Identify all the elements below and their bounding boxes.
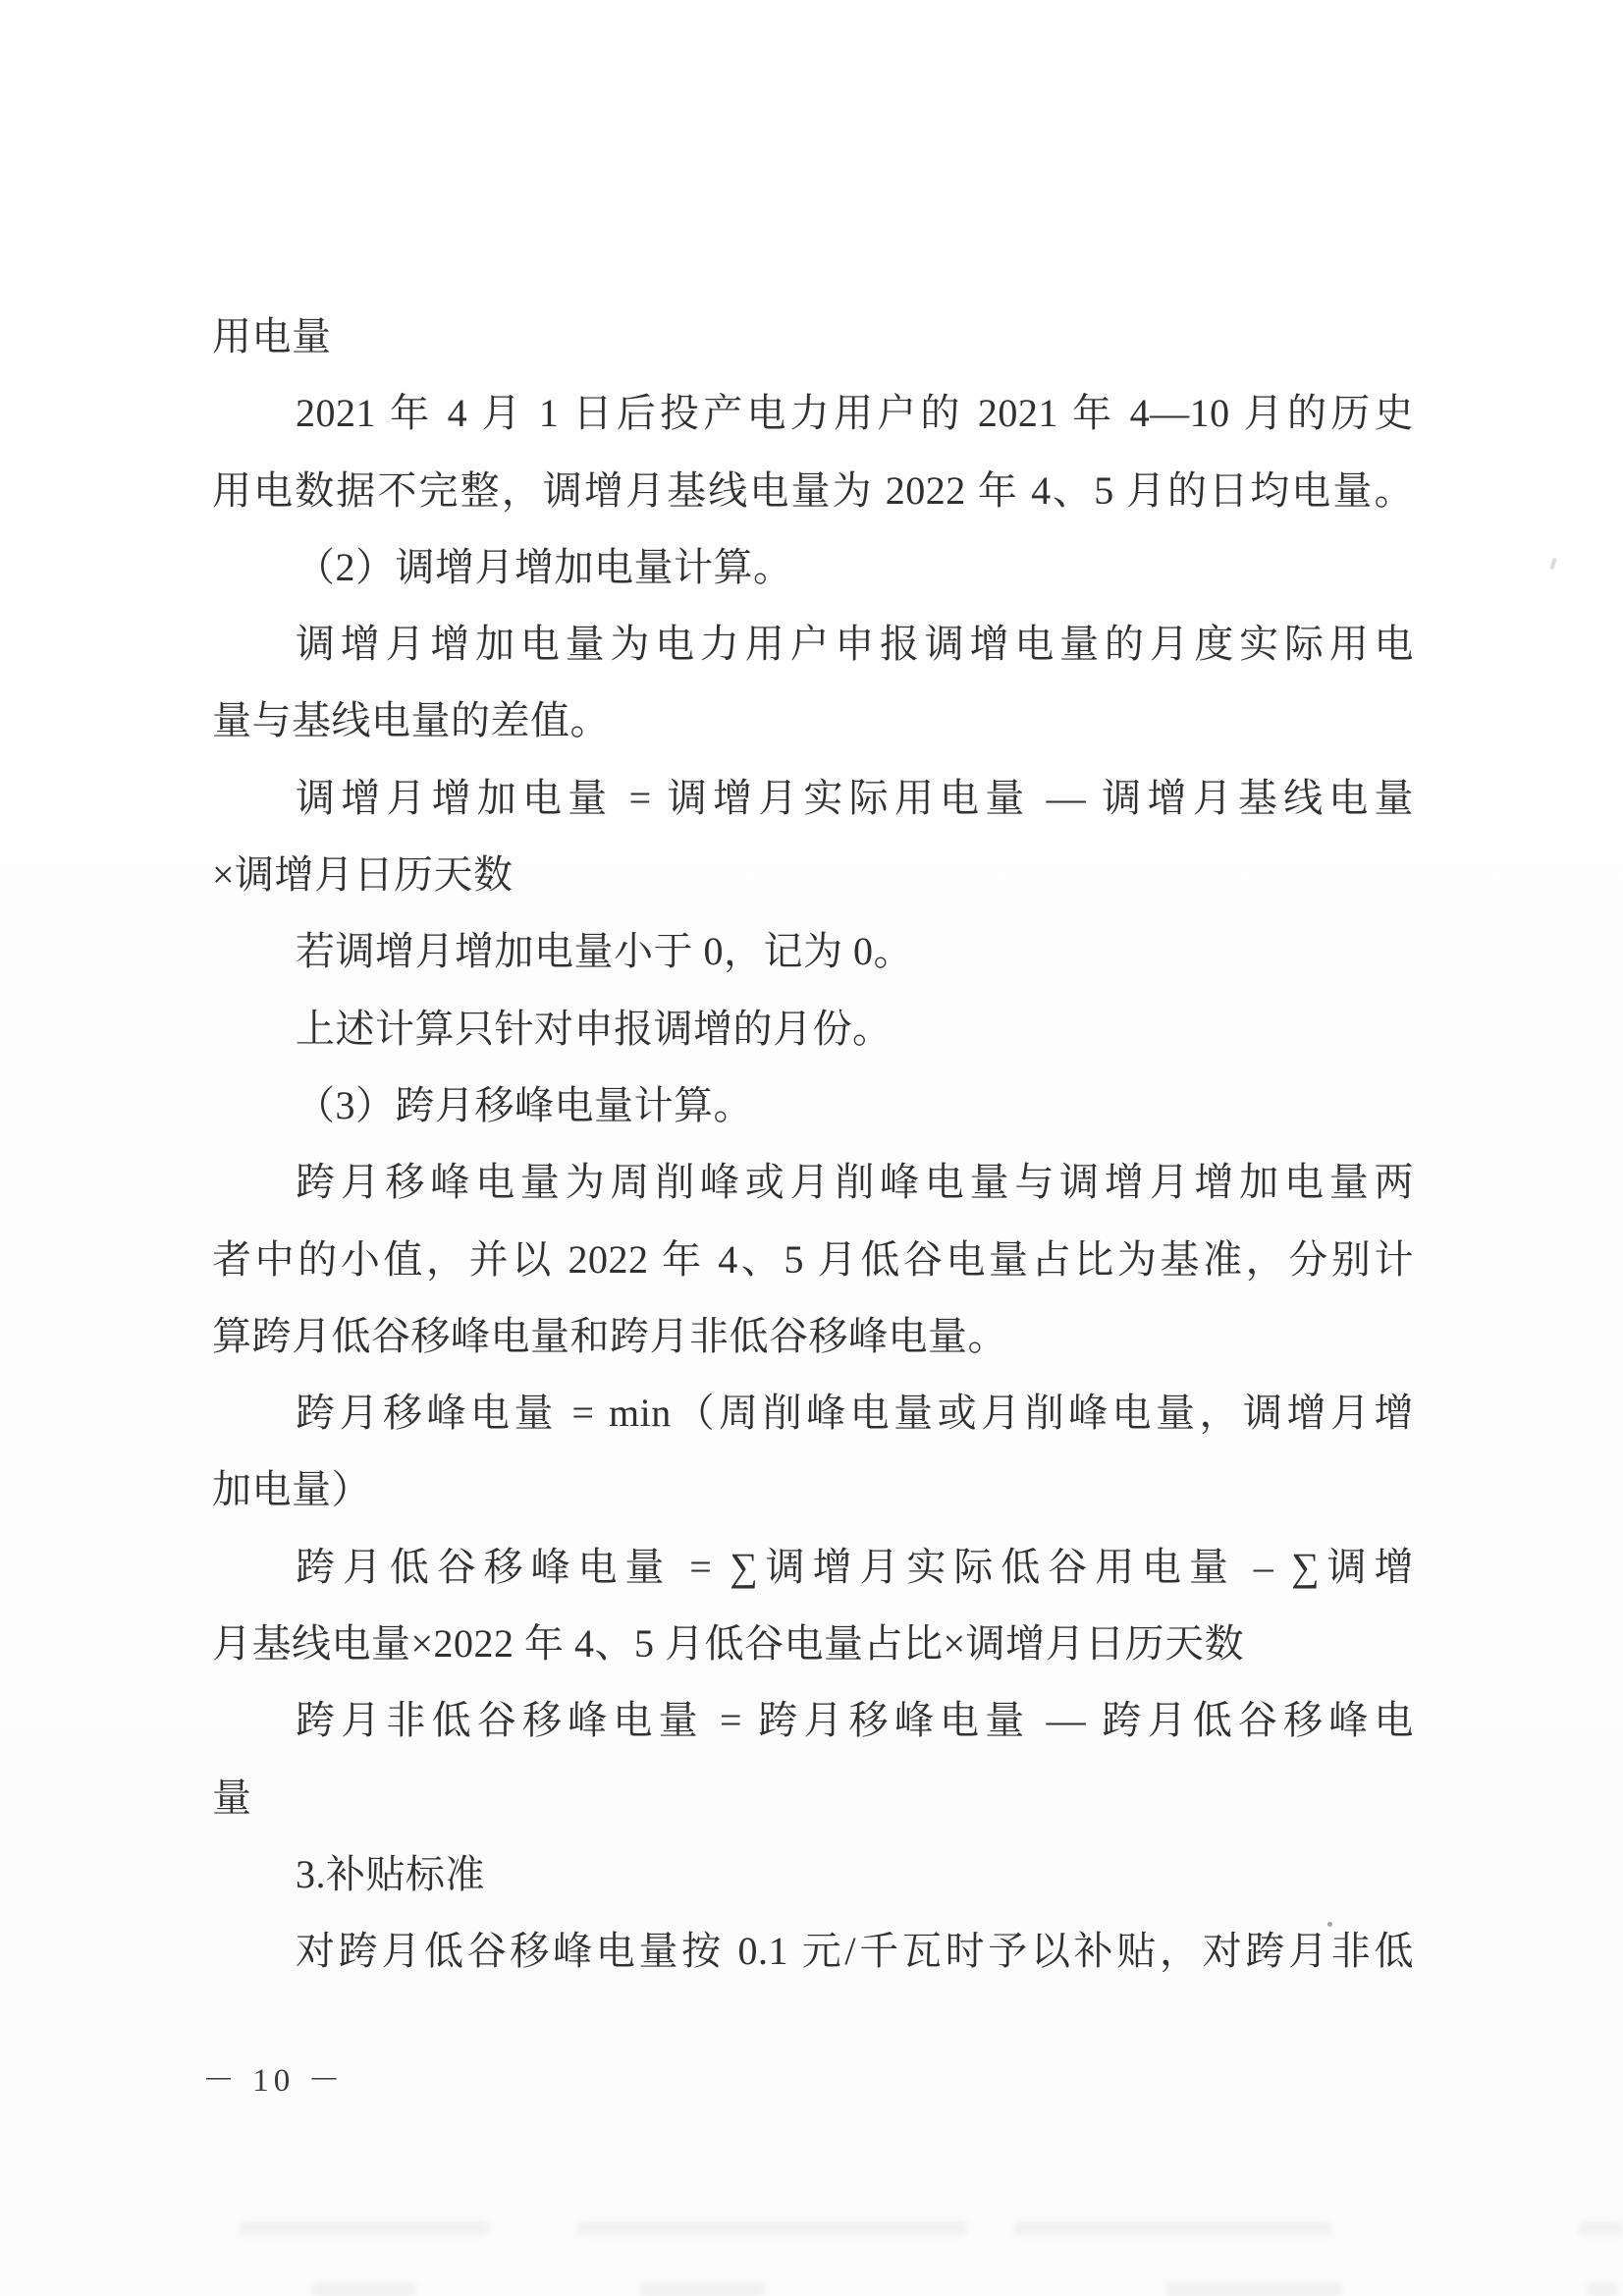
scan-bleed-artifact <box>640 2282 765 2296</box>
document-page: 用电量 2021 年 4 月 1 日后投产电力用户的 2021 年 4—10 月… <box>0 0 1623 2296</box>
text-line: （2）调增月增加电量计算。 <box>212 529 1414 606</box>
text-line: 上述计算只针对申报调增的月份。 <box>212 991 1414 1067</box>
text-line: 月基线电量×2022 年 4、5 月低谷电量占比×调增月日历天数 <box>212 1606 1414 1682</box>
scan-bleed-artifact <box>1587 2282 1618 2296</box>
text-line: 加电量） <box>212 1451 1414 1528</box>
text-line: 对跨月低谷移峰电量按 0.1 元/千瓦时予以补贴，对跨月非低 <box>212 1913 1414 1990</box>
text-line: 调增月增加电量 = 调增月实际用电量 — 调增月基线电量 <box>212 760 1414 837</box>
ink-speck-artifact <box>1327 1922 1332 1927</box>
scan-bleed-artifact <box>1579 2221 1623 2236</box>
document-body-text: 用电量 2021 年 4 月 1 日后投产电力用户的 2021 年 4—10 月… <box>212 299 1414 1991</box>
text-line: 量 <box>212 1760 1414 1836</box>
text-line: 跨月低谷移峰电量 = ∑调增月实际低谷用电量 – ∑调增 <box>212 1529 1414 1606</box>
text-line: 调增月增加电量为电力用户申报调增电量的月度实际用电 <box>212 606 1414 683</box>
scan-bleed-artifact <box>312 2282 416 2296</box>
text-line: 用电数据不完整，调增月基线电量为 2022 年 4、5 月的日均电量。 <box>212 453 1414 529</box>
text-line: 跨月移峰电量 = min（周削峰电量或月削峰电量，调增月增 <box>212 1375 1414 1451</box>
text-line: 者中的小值，并以 2022 年 4、5 月低谷电量占比为基准，分别计 <box>212 1222 1414 1298</box>
text-line: 若调增月增加电量小于 0，记为 0。 <box>212 913 1414 990</box>
scan-bleed-artifact <box>577 2221 967 2236</box>
ink-speck-artifact <box>1549 558 1557 571</box>
text-line: 量与基线电量的差值。 <box>212 683 1414 759</box>
text-line: 跨月非低谷移峰电量 = 跨月移峰电量 — 跨月低谷移峰电 <box>212 1682 1414 1759</box>
text-line: （3）跨月移峰电量计算。 <box>212 1067 1414 1144</box>
scan-bleed-artifact <box>1165 2282 1342 2296</box>
text-line: 跨月移峰电量为周削峰或月削峰电量与调增月增加电量两 <box>212 1144 1414 1221</box>
text-line: 用电量 <box>212 299 1414 375</box>
scan-bleed-artifact <box>1014 2221 1331 2236</box>
text-line: 2021 年 4 月 1 日后投产电力用户的 2021 年 4—10 月的历史 <box>212 375 1414 452</box>
text-line: 算跨月低谷移峰电量和跨月非低谷移峰电量。 <box>212 1298 1414 1375</box>
scan-bleed-artifact <box>240 2221 489 2236</box>
text-line: ×调增月日历天数 <box>212 837 1414 913</box>
text-line: 3.补贴标准 <box>212 1836 1414 1913</box>
page-number: － 10 － <box>202 2060 340 2102</box>
